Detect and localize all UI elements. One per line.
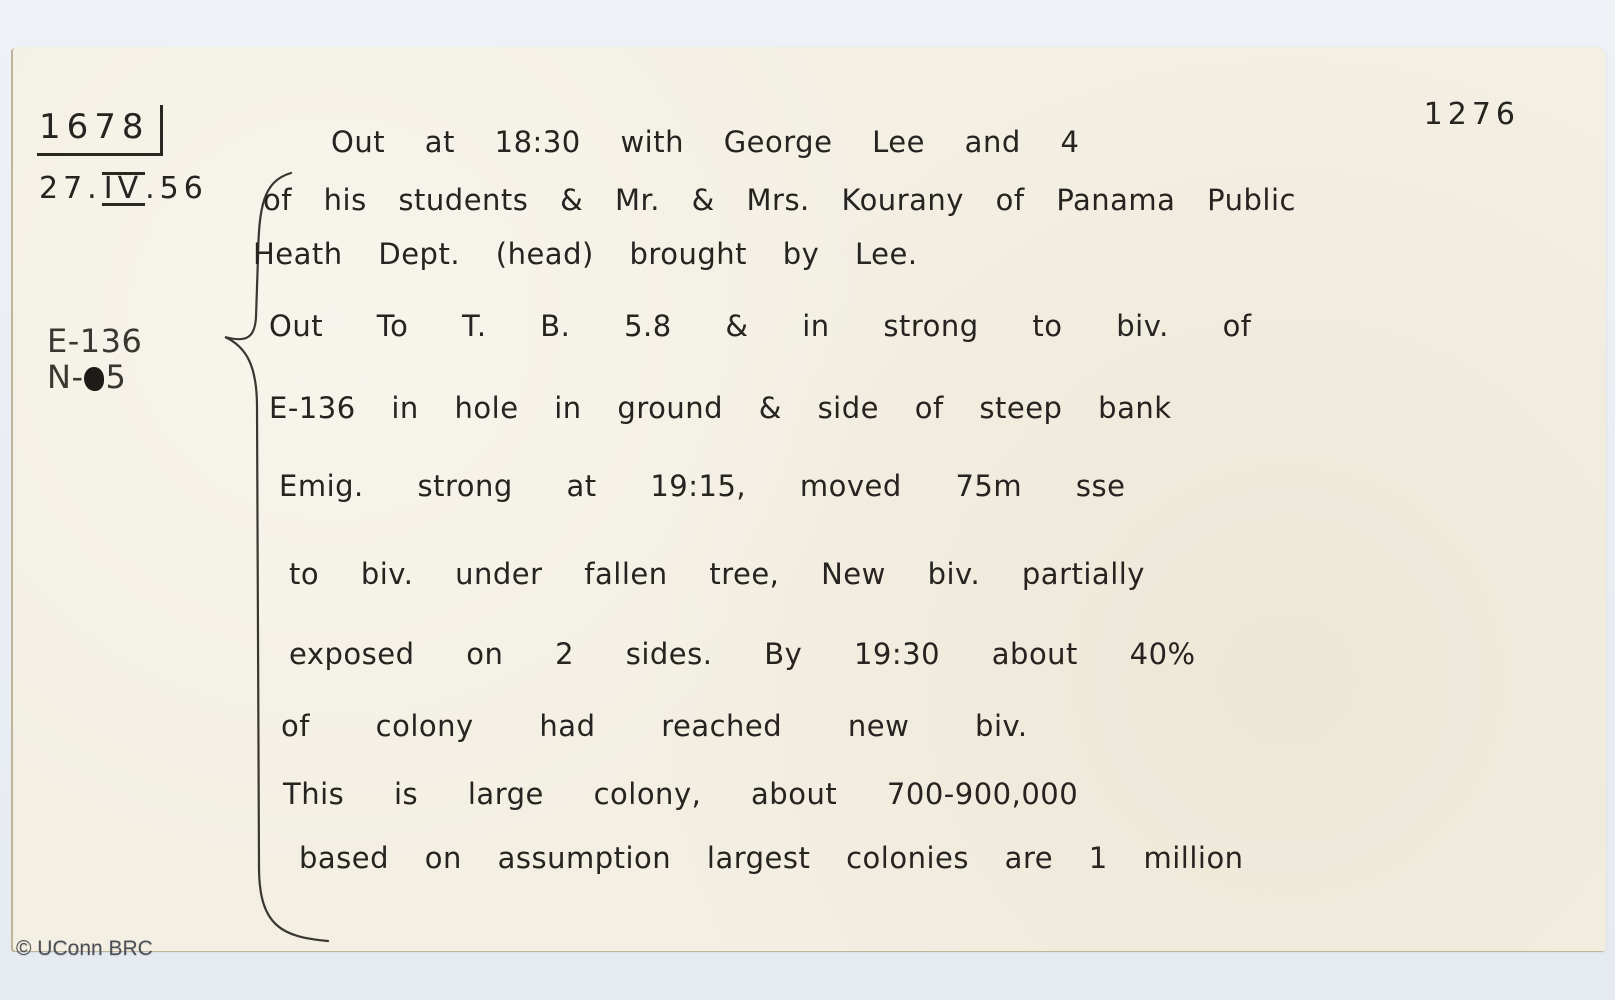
colony-code-prefix: N-	[47, 358, 83, 396]
index-card: 1678 1276 27.IV.56 E-136 N-5 Out at 18:3…	[13, 47, 1606, 951]
colony-code: E-136 N-5	[47, 323, 142, 395]
note-line-4: Out To T. B. 5.8 & in strong to biv. of	[269, 309, 1252, 343]
date-month-roman: IV	[102, 172, 145, 206]
ink-blot-icon	[84, 367, 104, 391]
note-line-8: exposed on 2 sides. By 19:30 about 40%	[289, 637, 1196, 671]
note-line-1: Out at 18:30 with George Lee and 4	[331, 125, 1079, 159]
record-date: 27.IV.56	[39, 171, 208, 206]
note-line-2: of his students & Mr. & Mrs. Kourany of …	[263, 183, 1296, 217]
note-line-9: of colony had reached new biv.	[281, 709, 1028, 743]
note-line-3: Heath Dept. (head) brought by Lee.	[253, 237, 918, 271]
note-line-7: to biv. under fallen tree, New biv. part…	[289, 557, 1145, 591]
scanned-document-view: 1678 1276 27.IV.56 E-136 N-5 Out at 18:3…	[0, 0, 1615, 1000]
date-year: .56	[145, 171, 208, 206]
copyright-credit: © UConn BRC	[16, 937, 153, 961]
note-line-5: E-136 in hole in ground & side of steep …	[269, 391, 1172, 425]
note-line-6: Emig. strong at 19:15, moved 75m sse	[279, 469, 1125, 503]
date-day: 27.	[39, 171, 102, 206]
note-line-10: This is large colony, about 700-900,000	[283, 777, 1078, 811]
colony-code-line2: N-5	[47, 359, 142, 395]
colony-code-line1: E-136	[47, 323, 142, 359]
card-number: 1678	[37, 105, 163, 156]
colony-code-suffix: 5	[105, 358, 126, 396]
archive-number: 1276	[1424, 97, 1520, 132]
note-line-11: based on assumption largest colonies are…	[299, 841, 1244, 875]
